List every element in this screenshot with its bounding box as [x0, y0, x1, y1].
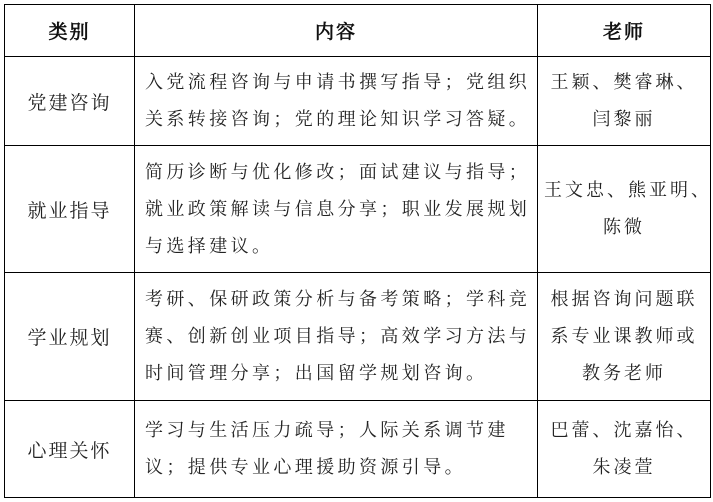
content-line: 考研、保研政策分析与备考策略；学科竞: [145, 281, 527, 318]
teachers-cell: 根据咨询问题联 系专业课教师或 教务老师: [538, 273, 711, 401]
teachers-cell: 王文忠、熊亚明、 陈微: [538, 146, 711, 273]
service-table: 类别 内容 老师 党建咨询 入党流程咨询与申请书撰写指导；党组织 关系转接咨询；…: [4, 4, 711, 498]
teacher-line: 朱凌萱: [544, 449, 704, 486]
content-line: 与选择建议。: [145, 228, 527, 265]
table-row: 党建咨询 入党流程咨询与申请书撰写指导；党组织 关系转接咨询；党的理论知识学习答…: [5, 57, 711, 146]
teacher-line: 系专业课教师或: [544, 318, 704, 355]
header-teachers: 老师: [538, 5, 711, 57]
teacher-line: 陈微: [544, 209, 704, 246]
teacher-line: 巴蕾、沈嘉怡、: [544, 412, 704, 449]
teacher-line: 根据咨询问题联: [544, 281, 704, 318]
header-content: 内容: [135, 5, 538, 57]
table-row: 心理关怀 学习与生活压力疏导；人际关系调节建 议；提供专业心理援助资源引导。 巴…: [5, 401, 711, 498]
category-cell: 心理关怀: [5, 401, 135, 498]
content-line: 议；提供专业心理援助资源引导。: [145, 449, 527, 486]
teachers-cell: 王颖、樊睿琳、 闫黎丽: [538, 57, 711, 146]
table-row: 就业指导 简历诊断与优化修改；面试建议与指导； 就业政策解读与信息分享；职业发展…: [5, 146, 711, 273]
teacher-line: 闫黎丽: [544, 101, 704, 138]
content-line: 简历诊断与优化修改；面试建议与指导；: [145, 154, 527, 191]
category-cell: 学业规划: [5, 273, 135, 401]
content-line: 学习与生活压力疏导；人际关系调节建: [145, 412, 527, 449]
content-line: 入党流程咨询与申请书撰写指导；党组织: [145, 64, 527, 101]
content-cell: 学习与生活压力疏导；人际关系调节建 议；提供专业心理援助资源引导。: [135, 401, 538, 498]
content-line: 赛、创新创业项目指导；高效学习方法与: [145, 318, 527, 355]
table-row: 学业规划 考研、保研政策分析与备考策略；学科竞 赛、创新创业项目指导；高效学习方…: [5, 273, 711, 401]
header-row: 类别 内容 老师: [5, 5, 711, 57]
category-cell: 党建咨询: [5, 57, 135, 146]
teacher-line: 王颖、樊睿琳、: [544, 64, 704, 101]
content-line: 关系转接咨询；党的理论知识学习答疑。: [145, 101, 527, 138]
content-cell: 考研、保研政策分析与备考策略；学科竞 赛、创新创业项目指导；高效学习方法与 时间…: [135, 273, 538, 401]
header-category: 类别: [5, 5, 135, 57]
teachers-cell: 巴蕾、沈嘉怡、 朱凌萱: [538, 401, 711, 498]
content-cell: 简历诊断与优化修改；面试建议与指导； 就业政策解读与信息分享；职业发展规划 与选…: [135, 146, 538, 273]
teacher-line: 王文忠、熊亚明、: [544, 172, 704, 209]
category-cell: 就业指导: [5, 146, 135, 273]
content-line: 时间管理分享；出国留学规划咨询。: [145, 355, 527, 392]
content-cell: 入党流程咨询与申请书撰写指导；党组织 关系转接咨询；党的理论知识学习答疑。: [135, 57, 538, 146]
teacher-line: 教务老师: [544, 355, 704, 392]
content-line: 就业政策解读与信息分享；职业发展规划: [145, 191, 527, 228]
